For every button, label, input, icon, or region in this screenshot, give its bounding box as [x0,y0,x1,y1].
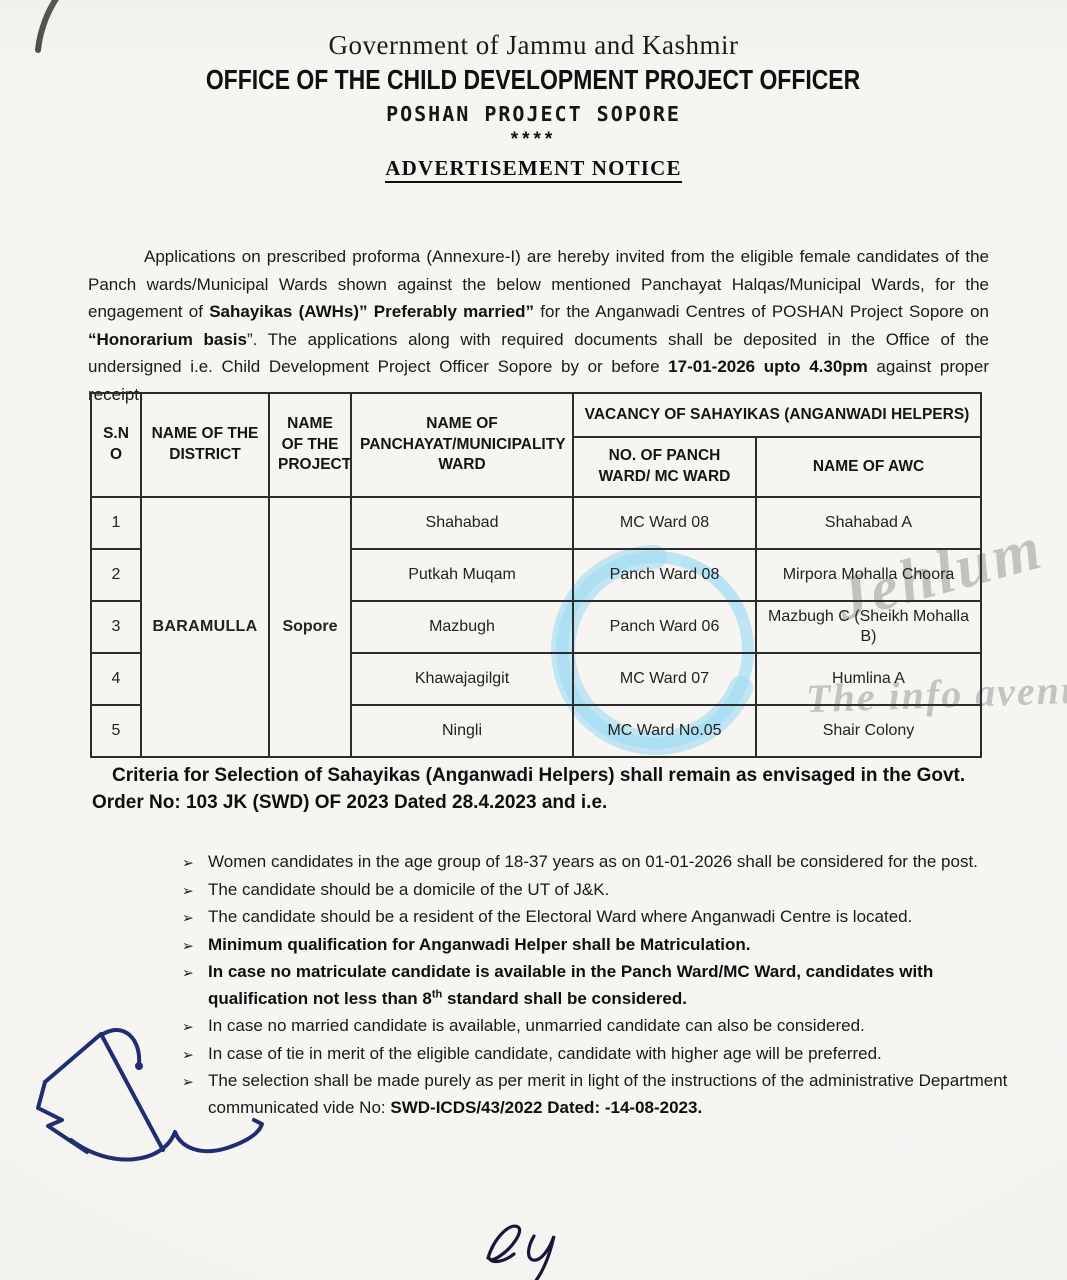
criteria-text: Women candidates in the age group of 18-… [208,849,1010,876]
office-title: OFFICE OF THE CHILD DEVELOPMENT PROJECT … [0,64,1067,96]
table-row: 1 BARAMULLA Sopore Shahabad MC Ward 08 S… [91,497,981,549]
government-title: Government of Jammu and Kashmir [0,30,1067,61]
list-item: ➢ The candidate should be a domicile of … [182,877,1010,904]
list-item: ➢ Women candidates in the age group of 1… [182,849,1010,876]
col-header-sno: S.N O [91,393,141,497]
cell-ward: MC Ward 08 [573,497,756,549]
cell-ward: Panch Ward 06 [573,601,756,653]
cell-panchayat: Khawajagilgit [351,653,573,705]
arrow-bullet-icon: ➢ [182,960,208,987]
pen-mark-bottom [460,1212,590,1280]
criteria-text: Minimum qualification for Anganwadi Help… [208,932,1010,959]
arrow-bullet-icon: ➢ [182,850,208,877]
criteria-text: The selection shall be made purely as pe… [208,1068,1010,1121]
cell-panchayat: Putkah Muqam [351,549,573,601]
intro-paragraph: Applications on prescribed proforma (Ann… [88,243,989,408]
arrow-bullet-icon: ➢ [182,1069,208,1096]
scanned-notice-page: Jehlum The info avenue Government of Jam… [0,0,1067,1280]
ordinal-suffix: th [432,988,442,1000]
criteria-text: The candidate should be a resident of th… [208,904,1010,931]
list-item: ➢ Minimum qualification for Anganwadi He… [182,932,1010,959]
col-header-awc-name: NAME OF AWC [756,437,981,497]
arrow-bullet-icon: ➢ [182,1014,208,1041]
cell-awc: Shair Colony [756,705,981,757]
list-item: ➢ In case no married candidate is availa… [182,1013,1010,1040]
cell-district: BARAMULLA [141,497,269,757]
criteria-text: In case no married candidate is availabl… [208,1013,1010,1040]
arrow-bullet-icon: ➢ [182,932,208,959]
project-title: POSHAN PROJECT SOPORE [0,102,1067,126]
list-item: ➢ In case of tie in merit of the eligibl… [182,1041,1010,1068]
intro-bold-honorarium: “Honorarium basis [88,330,247,349]
col-header-project: NAME OF THE PROJECT [269,393,351,497]
arrow-bullet-icon: ➢ [182,905,208,932]
cell-sno: 5 [91,705,141,757]
col-header-vacancy: VACANCY OF SAHAYIKAS (ANGANWADI HELPERS) [573,393,981,437]
intro-bold-deadline: 17-01-2026 upto 4.30pm [668,357,868,376]
criteria-text: The candidate should be a domicile of th… [208,877,1010,904]
vacancy-table-header: S.N O NAME OF THE DISTRICT NAME OF THE P… [91,393,981,497]
cell-panchayat: Mazbugh [351,601,573,653]
vacancy-table: S.N O NAME OF THE DISTRICT NAME OF THE P… [90,392,982,758]
criteria-text: In case of tie in merit of the eligible … [208,1041,1010,1068]
separator-stars: **** [0,129,1067,151]
col-header-ward-no: NO. OF PANCH WARD/ MC WARD [573,437,756,497]
criteria-heading: Criteria for Selection of Sahayikas (Ang… [92,762,992,816]
cell-panchayat: Ningli [351,705,573,757]
col-header-district: NAME OF THE DISTRICT [141,393,269,497]
criteria-seg: standard shall be considered. [442,989,687,1008]
list-item: ➢ The selection shall be made purely as … [182,1068,1010,1121]
notice-title: ADVERTISEMENT NOTICE [0,156,1067,181]
arrow-bullet-icon: ➢ [182,1041,208,1068]
cell-awc: Mirpora Mohalla Choora [756,549,981,601]
arrow-bullet-icon: ➢ [182,877,208,904]
cell-sno: 1 [91,497,141,549]
notice-title-text: ADVERTISEMENT NOTICE [385,156,682,183]
cell-ward: Panch Ward 08 [573,549,756,601]
cell-ward: MC Ward No.05 [573,705,756,757]
cell-project: Sopore [269,497,351,757]
office-title-text: OFFICE OF THE CHILD DEVELOPMENT PROJECT … [206,64,860,96]
list-item: ➢ The candidate should be a resident of … [182,904,1010,931]
cell-panchayat: Shahabad [351,497,573,549]
reference-number: SWD-ICDS/43/2022 Dated: -14-08-2023. [390,1098,702,1117]
cell-awc: Humlina A [756,653,981,705]
cell-sno: 3 [91,601,141,653]
intro-seg: for the Anganwadi Centres of POSHAN Proj… [534,302,989,321]
cell-ward: MC Ward 07 [573,653,756,705]
cell-awc: Shahabad A [756,497,981,549]
list-item: ➢ In case no matriculate candidate is av… [182,959,1010,1012]
criteria-list: ➢ Women candidates in the age group of 1… [182,849,1010,1122]
cell-sno: 2 [91,549,141,601]
cell-awc: Mazbugh C (Sheikh Mohalla B) [756,601,981,653]
col-header-panchayat: NAME OF PANCHAYAT/MUNICIPALITY WARD [351,393,573,497]
criteria-text: In case no matriculate candidate is avai… [208,959,1010,1012]
cell-sno: 4 [91,653,141,705]
intro-bold-engagement: Sahayikas (AWHs)” Preferably married” [209,302,534,321]
